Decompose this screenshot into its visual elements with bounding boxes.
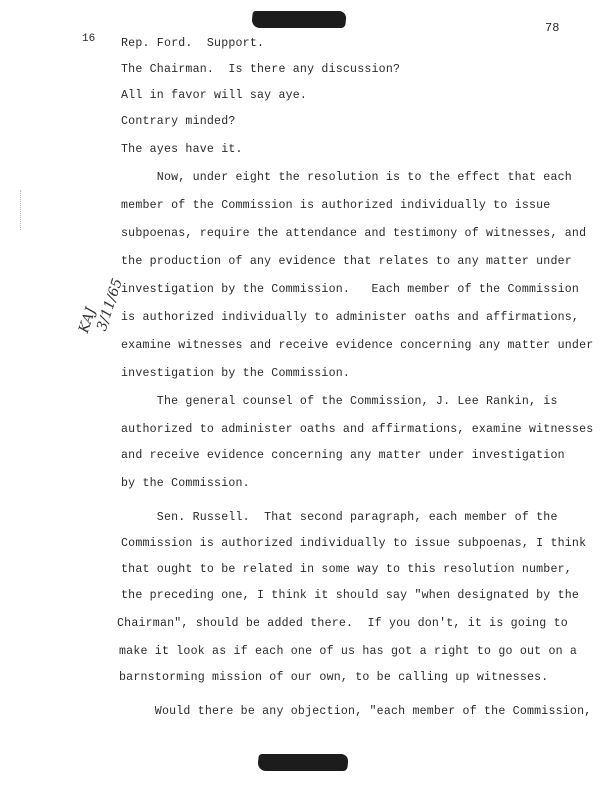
- transcript-line: investigation by the Commission.: [121, 367, 350, 380]
- document-page: 78 16 KAJ 3/11/65 Rep. Ford. Support.The…: [0, 0, 612, 791]
- transcript-line: Now, under eight the resolution is to th…: [121, 171, 572, 184]
- transcript-line: make it look as if each one of us has go…: [119, 645, 577, 658]
- redaction-bar-bottom: [257, 754, 349, 771]
- transcript-line: Chairman", should be added there. If you…: [117, 617, 568, 630]
- transcript-line: by the Commission.: [121, 477, 250, 490]
- transcript-line: and receive evidence concerning any matt…: [121, 449, 565, 462]
- transcript-line: Commission is authorized individually to…: [121, 537, 586, 550]
- transcript-line: subpoenas, require the attendance and te…: [121, 227, 586, 240]
- redaction-bar-top: [251, 11, 347, 28]
- transcript-line: The ayes have it.: [121, 143, 243, 156]
- transcript-line: Contrary minded?: [121, 115, 236, 128]
- transcript-line: authorized to administer oaths and affir…: [121, 423, 593, 436]
- line-number: 16: [82, 33, 95, 45]
- transcript-line: that ought to be related in some way to …: [121, 563, 572, 576]
- transcript-line: investigation by the Commission. Each me…: [121, 283, 579, 296]
- scan-specks: [20, 190, 25, 230]
- page-number: 78: [545, 21, 559, 35]
- transcript-line: Would there be any objection, "each memb…: [119, 705, 591, 718]
- transcript-line: The general counsel of the Commission, J…: [121, 395, 558, 408]
- transcript-line: examine witnesses and receive evidence c…: [121, 339, 593, 352]
- transcript-line: The Chairman. Is there any discussion?: [121, 63, 400, 76]
- transcript-line: the preceding one, I think it should say…: [121, 589, 579, 602]
- transcript-line: Sen. Russell. That second paragraph, eac…: [121, 511, 558, 524]
- transcript-line: is authorized individually to administer…: [121, 311, 579, 324]
- transcript-line: member of the Commission is authorized i…: [121, 199, 550, 212]
- handwritten-margin-note: KAJ 3/11/65: [72, 262, 122, 332]
- transcript-line: the production of any evidence that rela…: [121, 255, 572, 268]
- transcript-line: Rep. Ford. Support.: [121, 37, 264, 50]
- transcript-line: barnstorming mission of our own, to be c…: [119, 671, 548, 684]
- transcript-line: All in favor will say aye.: [121, 89, 307, 102]
